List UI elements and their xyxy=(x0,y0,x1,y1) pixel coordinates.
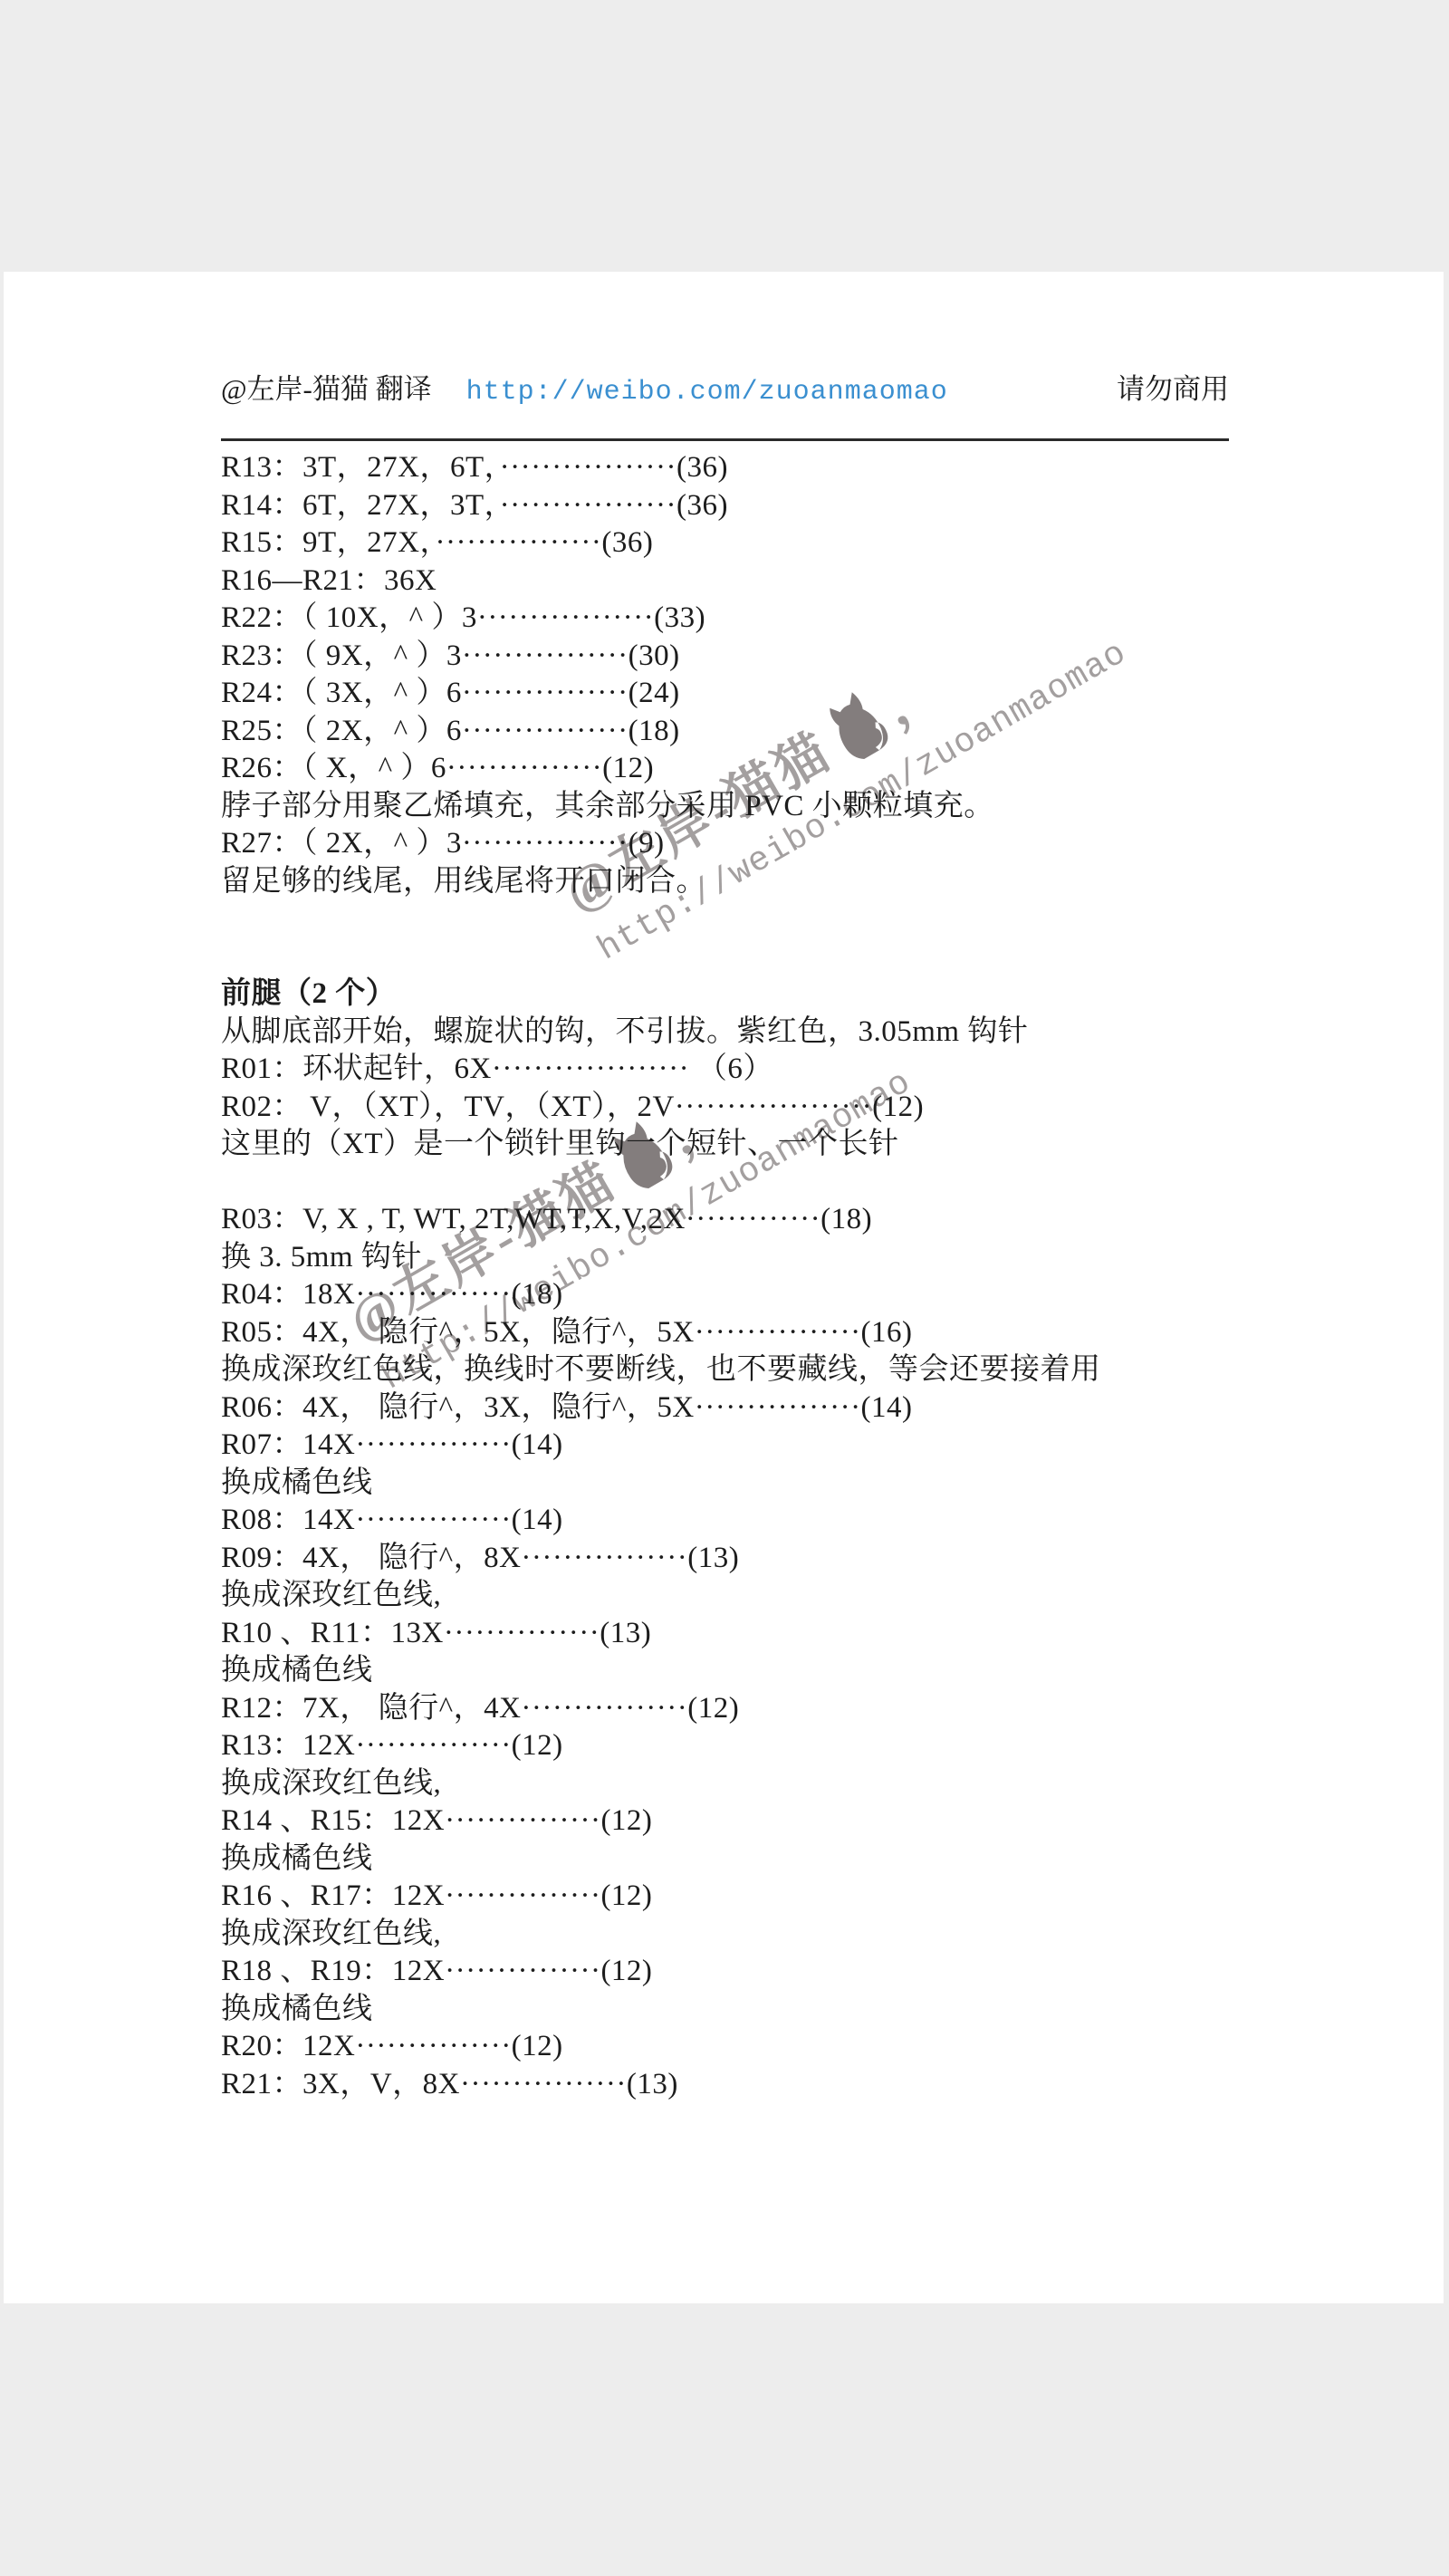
doc-line: 换 3. 5mm 钩针 xyxy=(221,1239,1344,1277)
doc-line: R25：（ 2X，^ ）6················(18) xyxy=(221,713,1344,751)
doc-line: R18 、R19：12X···············(12) xyxy=(221,1953,1344,1991)
header-divider xyxy=(221,438,1229,441)
document-body: R13：3T，27X，6T，·················(36)R14：6… xyxy=(221,449,1344,2103)
doc-line: 换成橘色线 xyxy=(221,1991,1344,2029)
section-heading: 前腿（2 个） xyxy=(221,976,1344,1014)
screenshot-root: { "header": { "credit": "@左岸-猫猫 翻译", "li… xyxy=(0,0,1449,2576)
doc-line: R14 、R15：12X···············(12) xyxy=(221,1802,1344,1841)
doc-line: R14：6T，27X，3T，·················(36) xyxy=(221,487,1344,525)
header-left-group: @左岸-猫猫 翻译 http://weibo.com/zuoanmaomao xyxy=(221,366,948,408)
doc-line: 换成深玫红色线，换线时不要断线，也不要藏线，等会还要接着用 xyxy=(221,1351,1344,1389)
doc-line: 从脚底部开始，螺旋状的钩，不引拔。紫红色，3.05mm 钩针 xyxy=(221,1014,1344,1052)
doc-line: 换成橘色线 xyxy=(221,1652,1344,1690)
doc-line: R27：（ 2X，^ ）3················(9) xyxy=(221,825,1344,863)
doc-line: 换成橘色线 xyxy=(221,1841,1344,1879)
doc-line: R15：9T，27X，················(36) xyxy=(221,524,1344,562)
doc-line: R09：4X， 隐行^，8X················(13) xyxy=(221,1540,1344,1578)
weibo-link[interactable]: http://weibo.com/zuoanmaomao xyxy=(466,377,948,408)
doc-line: R10 、R11：13X···············(13) xyxy=(221,1615,1344,1653)
doc-line: R02： V，（XT），TV，（XT），2V··················… xyxy=(221,1089,1344,1127)
doc-line: R01：环状起针，6X··················· （6） xyxy=(221,1051,1344,1089)
doc-line: R08：14X···············(14) xyxy=(221,1502,1344,1540)
doc-line xyxy=(221,900,1344,938)
doc-line: 换成橘色线 xyxy=(221,1465,1344,1503)
document-page: @左岸-猫猫 翻译 http://weibo.com/zuoanmaomao 请… xyxy=(4,272,1444,2303)
doc-line: R05：4X， 隐行^，5X，隐行^，5X················(16… xyxy=(221,1314,1344,1352)
doc-line xyxy=(221,938,1344,976)
doc-line: R13：3T，27X，6T，·················(36) xyxy=(221,449,1344,487)
doc-line: R03：V, X , T, WT, 2T,WT,T,X,V,2X········… xyxy=(221,1201,1344,1239)
doc-line: R20：12X···············(12) xyxy=(221,2028,1344,2066)
no-commercial-notice: 请勿商用 xyxy=(1117,366,1229,407)
page-header: @左岸-猫猫 翻译 http://weibo.com/zuoanmaomao 请… xyxy=(221,366,1229,408)
doc-line: R22：（ 10X，^ ）3·················(33) xyxy=(221,600,1344,638)
doc-line: 这里的（XT）是一个锁针里钩一个短针、一个长针 xyxy=(221,1126,1344,1164)
doc-line: R21：3X，V，8X················(13) xyxy=(221,2066,1344,2104)
doc-line: R04：18X···············(18) xyxy=(221,1276,1344,1314)
doc-line: R06：4X， 隐行^，3X，隐行^，5X················(14… xyxy=(221,1389,1344,1427)
doc-line: R13：12X···············(12) xyxy=(221,1727,1344,1765)
doc-line: R23：（ 9X，^ ）3················(30) xyxy=(221,638,1344,676)
doc-line: 留足够的线尾，用线尾将开口闭合。 xyxy=(221,863,1344,901)
doc-line: R07：14X···············(14) xyxy=(221,1427,1344,1465)
doc-line: R24：（ 3X，^ ）6················(24) xyxy=(221,675,1344,713)
doc-line: R12：7X， 隐行^，4X················(12) xyxy=(221,1690,1344,1728)
doc-line: R16—R21：36X xyxy=(221,562,1344,601)
doc-line: 换成深玫红色线, xyxy=(221,1916,1344,1954)
doc-line: 换成深玫红色线, xyxy=(221,1577,1344,1615)
doc-line: 换成深玫红色线, xyxy=(221,1765,1344,1803)
doc-line: 脖子部分用聚乙烯填充，其余部分采用 PVC 小颗粒填充。 xyxy=(221,788,1344,826)
author-credit: @左岸-猫猫 翻译 xyxy=(221,366,432,407)
doc-line: R16 、R17：12X···············(12) xyxy=(221,1878,1344,1916)
doc-line: R26：（ X，^ ）6···············(12) xyxy=(221,750,1344,788)
doc-line xyxy=(221,1164,1344,1202)
